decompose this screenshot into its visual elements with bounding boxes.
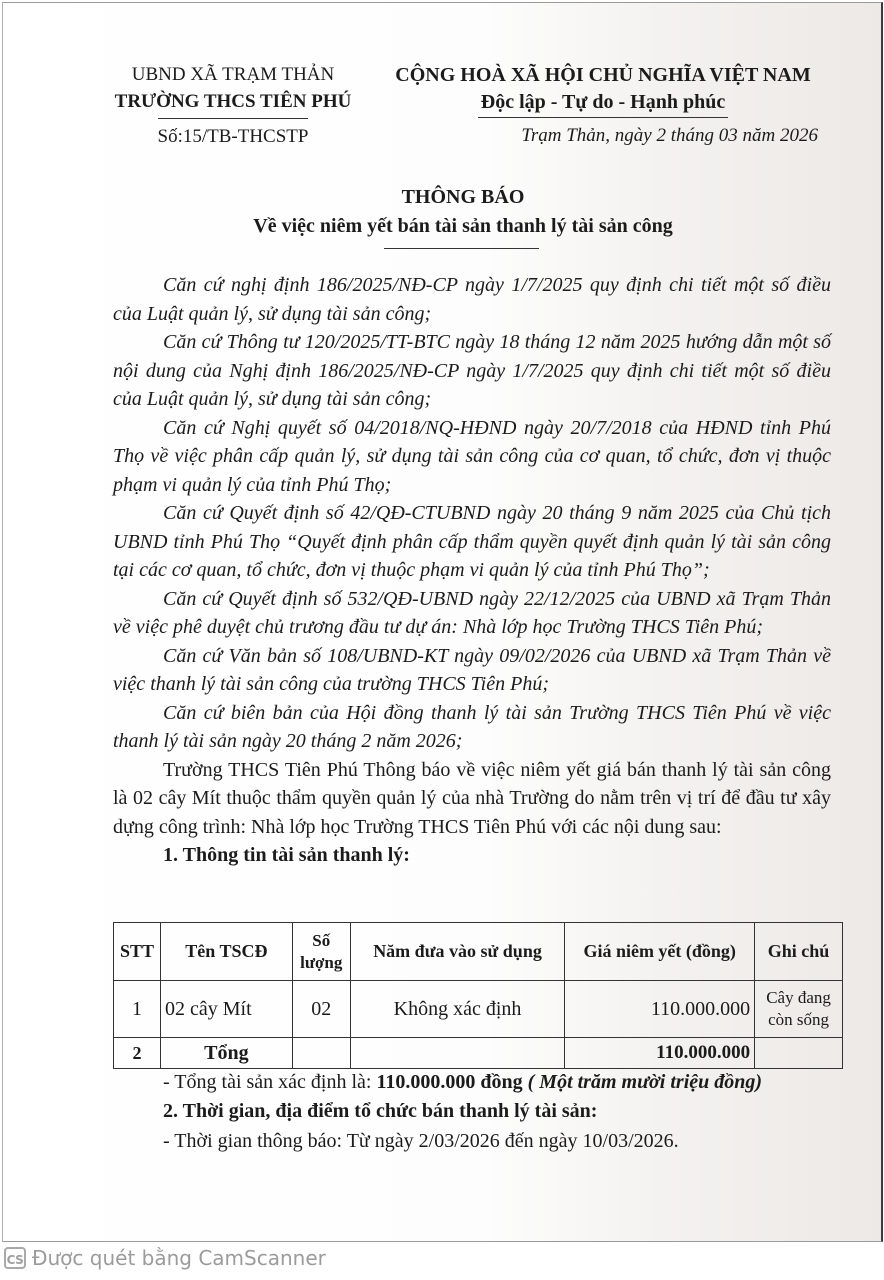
summary-prefix: - Tổng tài sản xác định là: bbox=[163, 1071, 376, 1093]
col-header-note: Ghi chú bbox=[755, 923, 843, 981]
legal-basis: Căn cứ Văn bản số 108/UBND-KT ngày 09/02… bbox=[113, 642, 831, 699]
divider bbox=[158, 118, 308, 119]
national-header: CỘNG HOÀ XÃ HỘI CHỦ NGHĨA VIỆT NAM Độc l… bbox=[363, 61, 843, 148]
document-title: THÔNG BÁO bbox=[83, 186, 843, 209]
notice-period: - Thời gian thông báo: Từ ngày 2/03/2026… bbox=[163, 1127, 679, 1155]
col-header-name: Tên TSCĐ bbox=[160, 923, 292, 981]
legal-basis: Căn cứ Nghị quyết số 04/2018/NQ-HĐND ngà… bbox=[113, 414, 831, 500]
school-name: TRƯỜNG THCS TIÊN PHÚ bbox=[103, 89, 363, 115]
nation-name: CỘNG HOÀ XÃ HỘI CHỦ NGHĨA VIỆT NAM bbox=[363, 61, 843, 89]
table-row: 1 02 cây Mít 02 Không xác định 110.000.0… bbox=[114, 981, 843, 1038]
camscanner-logo-icon: CS bbox=[4, 1247, 26, 1269]
legal-basis: Căn cứ biên bản của Hội đồng thanh lý tà… bbox=[113, 699, 831, 756]
cell-price: 110.000.000 bbox=[565, 981, 755, 1038]
legal-basis: Căn cứ Quyết định số 42/QĐ-CTUBND ngày 2… bbox=[113, 499, 831, 585]
divider bbox=[478, 117, 728, 118]
total-summary: - Tổng tài sản xác định là: 110.000.000 … bbox=[163, 1068, 762, 1096]
legal-basis: Căn cứ nghị định 186/2025/NĐ-CP ngày 1/7… bbox=[113, 271, 831, 328]
cell-empty bbox=[350, 1038, 565, 1069]
col-header-price: Giá niêm yết (đồng) bbox=[565, 923, 755, 981]
divider bbox=[384, 248, 539, 249]
watermark-text: Được quét bằng CamScanner bbox=[32, 1246, 326, 1270]
cell-year: Không xác định bbox=[350, 981, 565, 1038]
table-header-row: STT Tên TSCĐ Số lượng Năm đưa vào sử dụn… bbox=[114, 923, 843, 981]
asset-table: STT Tên TSCĐ Số lượng Năm đưa vào sử dụn… bbox=[113, 922, 843, 1069]
cell-note: Cây đang còn sống bbox=[755, 981, 843, 1038]
legal-basis: Căn cứ Quyết định số 532/QĐ-UBND ngày 22… bbox=[113, 585, 831, 642]
legal-basis: Căn cứ Thông tư 120/2025/TT-BTC ngày 18 … bbox=[113, 328, 831, 414]
col-header-year: Năm đưa vào sử dụng bbox=[350, 923, 565, 981]
place-date: Trạm Thản, ngày 2 tháng 03 năm 2026 bbox=[363, 124, 843, 148]
table-total-row: 2 Tổng 110.000.000 bbox=[114, 1038, 843, 1069]
issuer-header: UBND XÃ TRẠM THẢN TRƯỜNG THCS TIÊN PHÚ S… bbox=[103, 61, 363, 149]
scanner-watermark: CS Được quét bằng CamScanner bbox=[4, 1243, 326, 1273]
col-header-stt: STT bbox=[114, 923, 161, 981]
section-1-heading: 1. Thông tin tài sản thanh lý: bbox=[113, 841, 831, 870]
cell-stt: 1 bbox=[114, 981, 161, 1038]
document-body: Căn cứ nghị định 186/2025/NĐ-CP ngày 1/7… bbox=[113, 271, 831, 870]
summary-amount: 110.000.000 đồng bbox=[376, 1071, 522, 1093]
authority-name: UBND XÃ TRẠM THẢN bbox=[103, 61, 363, 89]
cell-total-price: 110.000.000 bbox=[565, 1038, 755, 1069]
summary-words: ( Một trăm mười triệu đồng) bbox=[523, 1071, 762, 1093]
cell-name: 02 cây Mít bbox=[160, 981, 292, 1038]
cell-empty bbox=[292, 1038, 350, 1069]
scanned-page: UBND XÃ TRẠM THẢN TRƯỜNG THCS TIÊN PHÚ S… bbox=[2, 2, 883, 1242]
cell-total-label: Tổng bbox=[160, 1038, 292, 1069]
document-number: Số:15/TB-THCSTP bbox=[103, 125, 363, 149]
col-header-qty: Số lượng bbox=[292, 923, 350, 981]
announcement-paragraph: Trường THCS Tiên Phú Thông báo về việc n… bbox=[113, 756, 831, 842]
cell-qty: 02 bbox=[292, 981, 350, 1038]
document-subtitle: Về việc niêm yết bán tài sản thanh lý tà… bbox=[83, 215, 843, 238]
section-2-heading: 2. Thời gian, địa điểm tổ chức bán thanh… bbox=[163, 1097, 597, 1125]
cell-stt: 2 bbox=[114, 1038, 161, 1069]
cell-empty bbox=[755, 1038, 843, 1069]
national-motto: Độc lập - Tự do - Hạnh phúc bbox=[363, 89, 843, 115]
